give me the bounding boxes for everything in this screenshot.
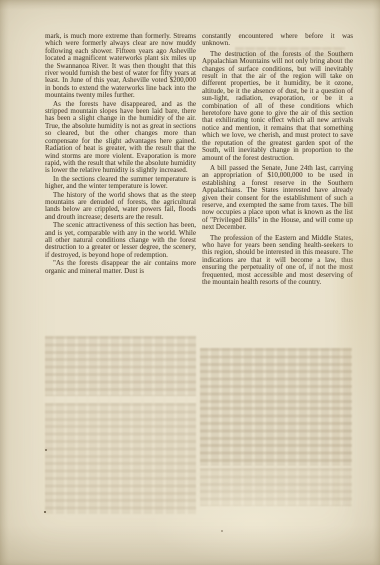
bleed-through-text: [200, 468, 352, 506]
bleed-through-text: [200, 348, 352, 466]
paragraph: "As the forests disappear the air contai…: [45, 260, 196, 275]
paragraph: A bill passed the Senate, June 24th last…: [202, 165, 353, 232]
bleed-through-text: [235, 47, 345, 59]
ink-speck: [44, 511, 46, 513]
bleed-through-text: [45, 336, 196, 396]
ink-speck: [45, 449, 47, 451]
text-column-left: mark, is much more extreme than formerly…: [45, 33, 196, 286]
paragraph: In the sections cleared the summer tempe…: [45, 176, 196, 191]
ink-speck: [221, 530, 223, 532]
text-block: mark, is much more extreme than formerly…: [45, 33, 353, 286]
text-column-right: constantly encountered where before it w…: [202, 33, 353, 286]
paragraph: constantly encountered where before it w…: [202, 33, 353, 48]
paragraph: The profession of the Eastern and Middle…: [202, 235, 353, 287]
paragraph: mark, is much more extreme than formerly…: [45, 33, 196, 100]
paragraph: The scenic attractiveness of this sectio…: [45, 222, 196, 259]
paragraph: As the forests have disappeared, and as …: [45, 101, 196, 175]
paragraph: The history of the world shows that as t…: [45, 192, 196, 222]
paragraph: The destruction of the forests of the So…: [202, 51, 353, 162]
scanned-page: mark, is much more extreme than formerly…: [0, 0, 380, 565]
bleed-through-text: [45, 403, 196, 514]
